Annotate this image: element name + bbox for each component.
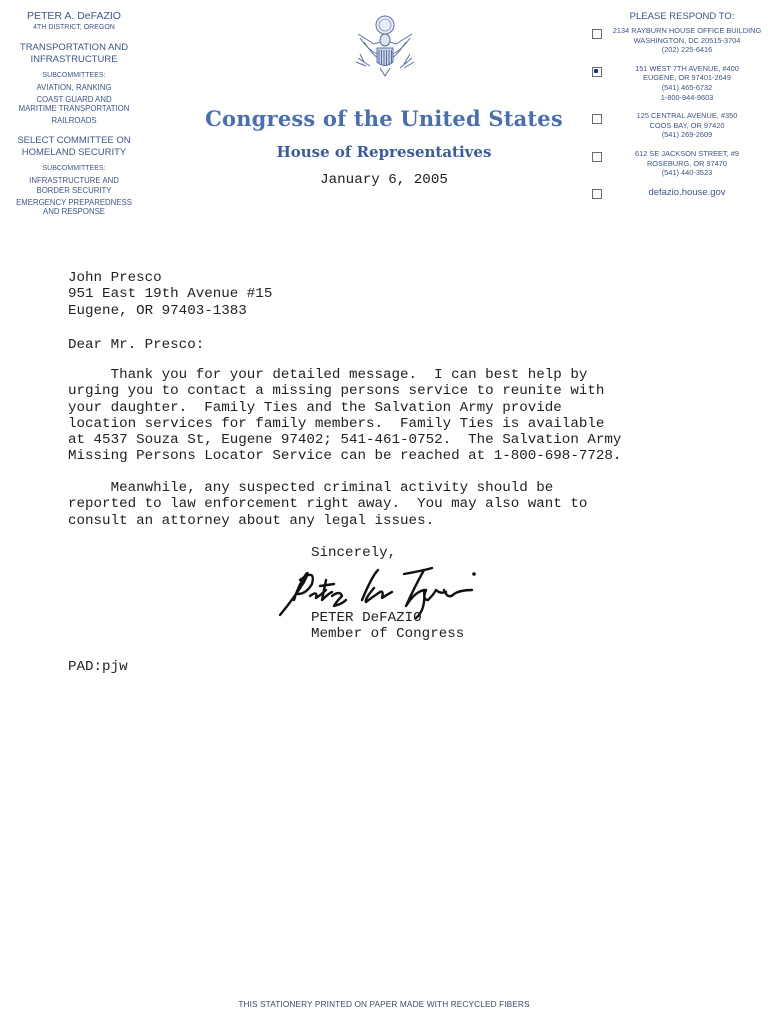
subcommittee-line: BORDER SECURITY [0,186,148,196]
body-line: Missing Persons Locator Service can be r… [68,448,621,464]
committee-line: INFRASTRUCTURE [0,54,148,66]
office-checkbox[interactable] [592,189,602,199]
subcommittee-line: COAST GUARD AND [0,95,148,105]
committee-line: HOMELAND SECURITY [0,147,148,159]
recipient-name: John Presco [68,270,272,286]
phone-line: (541) 440-3523 [606,168,768,178]
address-line: 612 SE JACKSON STREET, #9 [606,149,768,159]
recipient-address: John Presco951 East 19th Avenue #15Eugen… [68,270,272,319]
subcommittee: INFRASTRUCTURE AND BORDER SECURITY [0,176,148,195]
phone-line: (202) 225-6416 [606,45,768,55]
subcommittee-line: EMERGENCY PREPAREDNESS [0,198,148,208]
respond-label: PLEASE RESPOND TO: [596,10,768,23]
address-line: 151 WEST 7TH AVENUE, #400 [606,64,768,74]
great-seal-eagle-icon [350,12,420,80]
signature-block: PETER DeFAZIOMember of Congress [311,610,464,643]
office-checkbox[interactable] [592,152,602,162]
subcommittee: COAST GUARD AND MARITIME TRANSPORTATION [0,95,148,114]
subcommittee-line: AND RESPONSE [0,207,148,217]
address-line: ROSEBURG, OR 97470 [606,159,768,169]
recipient-street: 951 East 19th Avenue #15 [68,286,272,302]
subcommittee-line: INFRASTRUCTURE AND [0,176,148,186]
letterhead-subtitle: House of Representatives [205,143,563,161]
committee-line: SELECT COMMITTEE ON [0,135,148,147]
body-line: at 4537 Souza St, Eugene 97402; 541-461-… [68,432,621,448]
office-checkbox[interactable] [592,29,602,39]
subcommittee-line: MARITIME TRANSPORTATION [0,104,148,114]
address-line: EUGENE, OR 97401-2649 [606,73,768,83]
letter-date: January 6, 2005 [284,172,484,188]
address-line: 2134 RAYBURN HOUSE OFFICE BUILDING [606,26,768,36]
closing: Sincerely, [311,545,396,561]
subcommittees-label: SUBCOMMITTEES: [0,71,148,81]
office-checkbox[interactable] [592,114,602,124]
body-line: Thank you for your detailed message. I c… [68,367,621,383]
office-address-roseburg: 612 SE JACKSON STREET, #9 ROSEBURG, OR 9… [586,149,768,178]
phone-line: 1-800-944-9603 [606,93,768,103]
address-line: COOS BAY, OR 97420 [606,121,768,131]
subcommittee: EMERGENCY PREPAREDNESS AND RESPONSE [0,198,148,217]
recipient-city: Eugene, OR 97403-1383 [68,303,272,319]
body-line: your daughter. Family Ties and the Salva… [68,400,621,416]
office-address-coos-bay: 125 CENTRAL AVENUE, #350 COOS BAY, OR 97… [586,111,768,140]
subcommittee-line: AVIATION, RANKING [0,83,148,93]
recycled-paper-footer: THIS STATIONERY PRINTED ON PAPER MADE WI… [0,999,768,1009]
letter-page: PETER A. DeFAZIO 4TH DISTRICT, OREGON TR… [0,0,768,1023]
office-address-washington: 2134 RAYBURN HOUSE OFFICE BUILDING WASHI… [586,26,768,55]
body-line: Meanwhile, any suspected criminal activi… [68,480,587,496]
member-district: 4TH DISTRICT, OREGON [0,23,148,33]
committee-name: SELECT COMMITTEE ON HOMELAND SECURITY [0,135,148,158]
phone-line: (541) 269-2609 [606,130,768,140]
committee-line: TRANSPORTATION AND [0,42,148,54]
body-line: urging you to contact a missing persons … [68,383,621,399]
website-link[interactable]: defazio.house.gov [606,187,768,199]
address-line: WASHINGTON, DC 20515-3704 [606,36,768,46]
office-checkbox-checked[interactable] [592,67,602,77]
signer-name: PETER DeFAZIO [311,610,464,626]
committee-name: TRANSPORTATION AND INFRASTRUCTURE [0,42,148,65]
salutation: Dear Mr. Presco: [68,337,204,353]
body-line: reported to law enforcement right away. … [68,496,587,512]
office-addresses-column: PLEASE RESPOND TO: 2134 RAYBURN HOUSE OF… [586,10,768,208]
subcommittee: AVIATION, RANKING [0,83,148,93]
phone-line: (541) 465-6732 [606,83,768,93]
reference-initials: PAD:pjw [68,659,128,675]
body-line: location services for family members. Fa… [68,416,621,432]
signer-title: Member of Congress [311,626,464,642]
body-line: consult an attorney about any legal issu… [68,513,587,529]
subcommittee: RAILROADS [0,116,148,126]
subcommittees-label: SUBCOMMITTEES: [0,164,148,174]
address-line: 125 CENTRAL AVENUE, #350 [606,111,768,121]
body-paragraph: Meanwhile, any suspected criminal activi… [68,480,587,529]
letterhead-title: Congress of the United States [205,106,563,131]
member-info-column: PETER A. DeFAZIO 4TH DISTRICT, OREGON TR… [0,10,148,217]
office-address-eugene: 151 WEST 7TH AVENUE, #400 EUGENE, OR 974… [586,64,768,102]
body-paragraph: Thank you for your detailed message. I c… [68,367,621,465]
subcommittee-line: RAILROADS [0,116,148,126]
office-website: defazio.house.gov [586,187,768,199]
member-name: PETER A. DeFAZIO [0,10,148,23]
